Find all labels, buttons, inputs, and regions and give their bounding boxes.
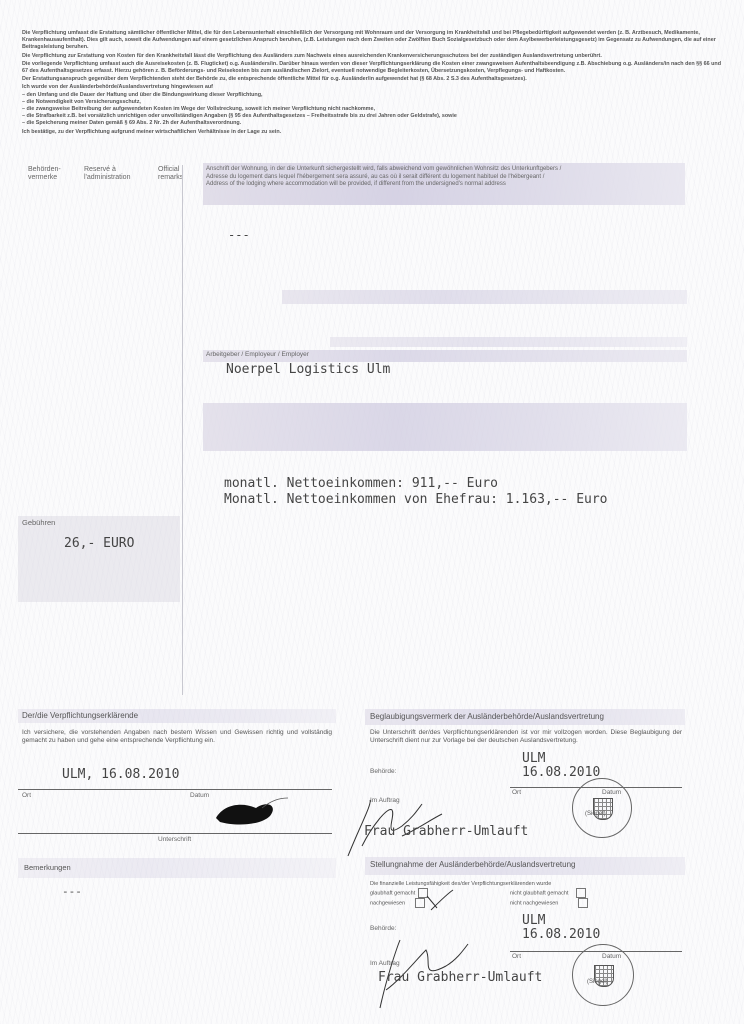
fees-box <box>18 516 180 602</box>
option-not-proven[interactable]: nicht nachgewiesen <box>510 898 588 908</box>
address-label: Anschrift der Wohnung, in der die Unterk… <box>206 166 684 189</box>
option-proven[interactable]: nachgewiesen <box>370 898 425 908</box>
option-not-credible[interactable]: nicht glaubhaft gemacht <box>510 888 586 898</box>
certification-text: Die Unterschrift der/des Verpflichtungse… <box>370 729 682 745</box>
official-remarks-label-de: Behörden- vermerke <box>28 166 61 182</box>
signature-line <box>18 833 332 834</box>
fine-print-paragraph: Die Verpflichtung zur Erstattung von Kos… <box>22 53 722 60</box>
net-income-spouse: Monatl. Nettoeinkommen von Ehefrau: 1.16… <box>224 492 608 508</box>
option-credible[interactable]: glaubhaft gemacht <box>370 888 428 898</box>
legal-fine-print: Die Verpflichtung umfasst die Erstattung… <box>22 30 722 137</box>
option-not-proven-label: nicht nachgewiesen <box>510 900 558 906</box>
statement-date: 16.08.2010 <box>522 928 600 942</box>
remarks-title: Bemerkungen <box>24 863 71 872</box>
official-seal: (Siegel) <box>572 778 632 838</box>
notice-list: den Umfang und die Dauer der Haftung und… <box>22 92 722 128</box>
address-value: --- <box>228 228 250 242</box>
certification-place-date: ULM 16.08.2010 <box>522 752 600 780</box>
place-label: Ort <box>22 792 31 799</box>
date-label: Datum <box>190 792 209 799</box>
checkmark-x-icon <box>425 888 455 912</box>
authority-label: Behörde: <box>370 768 396 775</box>
declarant-place-date: ULM, 16.08.2010 <box>62 767 179 782</box>
address-label-de: Anschrift der Wohnung, in der die Unterk… <box>206 166 684 174</box>
column-divider <box>182 165 183 695</box>
notice-item: die zwangsweise Beitreibung der aufgewen… <box>22 106 722 113</box>
notice-item: die Speicherung meiner Daten gemäß § 69 … <box>22 120 722 127</box>
certification-date: 16.08.2010 <box>522 766 600 780</box>
address-label-fr: Adresse du logement dans lequel l'héberg… <box>206 174 684 182</box>
notice-item: den Umfang und die Dauer der Haftung und… <box>22 92 722 99</box>
option-proven-label: nachgewiesen <box>370 900 405 906</box>
certification-place: ULM <box>522 752 600 766</box>
statement-official-seal: (Siegel) <box>572 944 634 1006</box>
address-line-band <box>330 337 687 347</box>
fine-print-paragraph: Der Erstattungsanspruch gegenüber dem Ve… <box>22 76 722 83</box>
notice-item: die Notwendigkeit von Versicherungsschut… <box>22 99 722 106</box>
fine-print-paragraph: Die Verpflichtung umfasst die Erstattung… <box>22 30 722 52</box>
statement-title: Stellungnahme der Ausländerbehörde/Ausla… <box>370 860 575 869</box>
official-remarks-label-fr: Reservé à l'administration <box>84 166 130 182</box>
address-label-en: Address of the lodging where accommodati… <box>206 181 684 189</box>
address-line-band <box>282 290 687 304</box>
employer-label: Arbeitgeber / Employeur / Employer <box>206 351 309 358</box>
fine-print-paragraph: Die vorliegende Verpflichtung umfasst au… <box>22 61 722 75</box>
statement-intro: Die finanzielle Leistungsfähigkeit des/d… <box>370 881 551 887</box>
notice-item: die Strafbarkeit z.B. bei vorsätzlich un… <box>22 113 722 120</box>
redacted-signature <box>212 796 292 830</box>
confirmation-text: Ich bestätige, zu der Verpflichtung aufg… <box>22 129 722 136</box>
net-income-applicant: monatl. Nettoeinkommen: 911,-- Euro <box>224 476 608 492</box>
income-info: monatl. Nettoeinkommen: 911,-- Euro Mona… <box>224 476 608 508</box>
official-remarks-label-en: Official remarks <box>158 166 183 182</box>
fine-print-paragraph: Ich wurde von der Ausländerbehörde/Ausla… <box>22 84 722 91</box>
seal-label: (Siegel) <box>585 811 606 817</box>
employer-detail-band <box>203 403 687 451</box>
certification-official-name: Frau Grabherr-Umlauft <box>364 824 528 839</box>
option-not-credible-checkbox[interactable] <box>576 888 586 898</box>
option-not-proven-checkbox[interactable] <box>578 898 588 908</box>
remarks-value: --- <box>62 885 82 898</box>
fees-value: 26,- EURO <box>64 536 134 551</box>
statement-official-name: Frau Grabherr-Umlauft <box>378 970 542 985</box>
statement-place-label: Ort <box>512 953 521 960</box>
fees-label: Gebühren <box>22 518 55 527</box>
employer-value: Noerpel Logistics Ulm <box>226 362 390 377</box>
signature-label: Unterschrift <box>158 836 191 843</box>
certification-place-label: Ort <box>512 789 521 796</box>
option-proven-checkbox[interactable] <box>415 898 425 908</box>
statement-place: ULM <box>522 914 600 928</box>
declarant-title: Der/die Verpflichtungserklärende <box>22 711 138 720</box>
option-not-credible-label: nicht glaubhaft gemacht <box>510 890 568 896</box>
option-credible-label: glaubhaft gemacht <box>370 890 415 896</box>
place-date-line <box>18 789 332 790</box>
certification-title: Beglaubigungsvermerk der Ausländerbehörd… <box>370 712 604 721</box>
statement-seal-label: (Siegel) <box>587 979 608 985</box>
statement-place-date: ULM 16.08.2010 <box>522 914 600 942</box>
declarant-declaration: Ich versichere, die vorstehenden Angaben… <box>22 729 332 745</box>
